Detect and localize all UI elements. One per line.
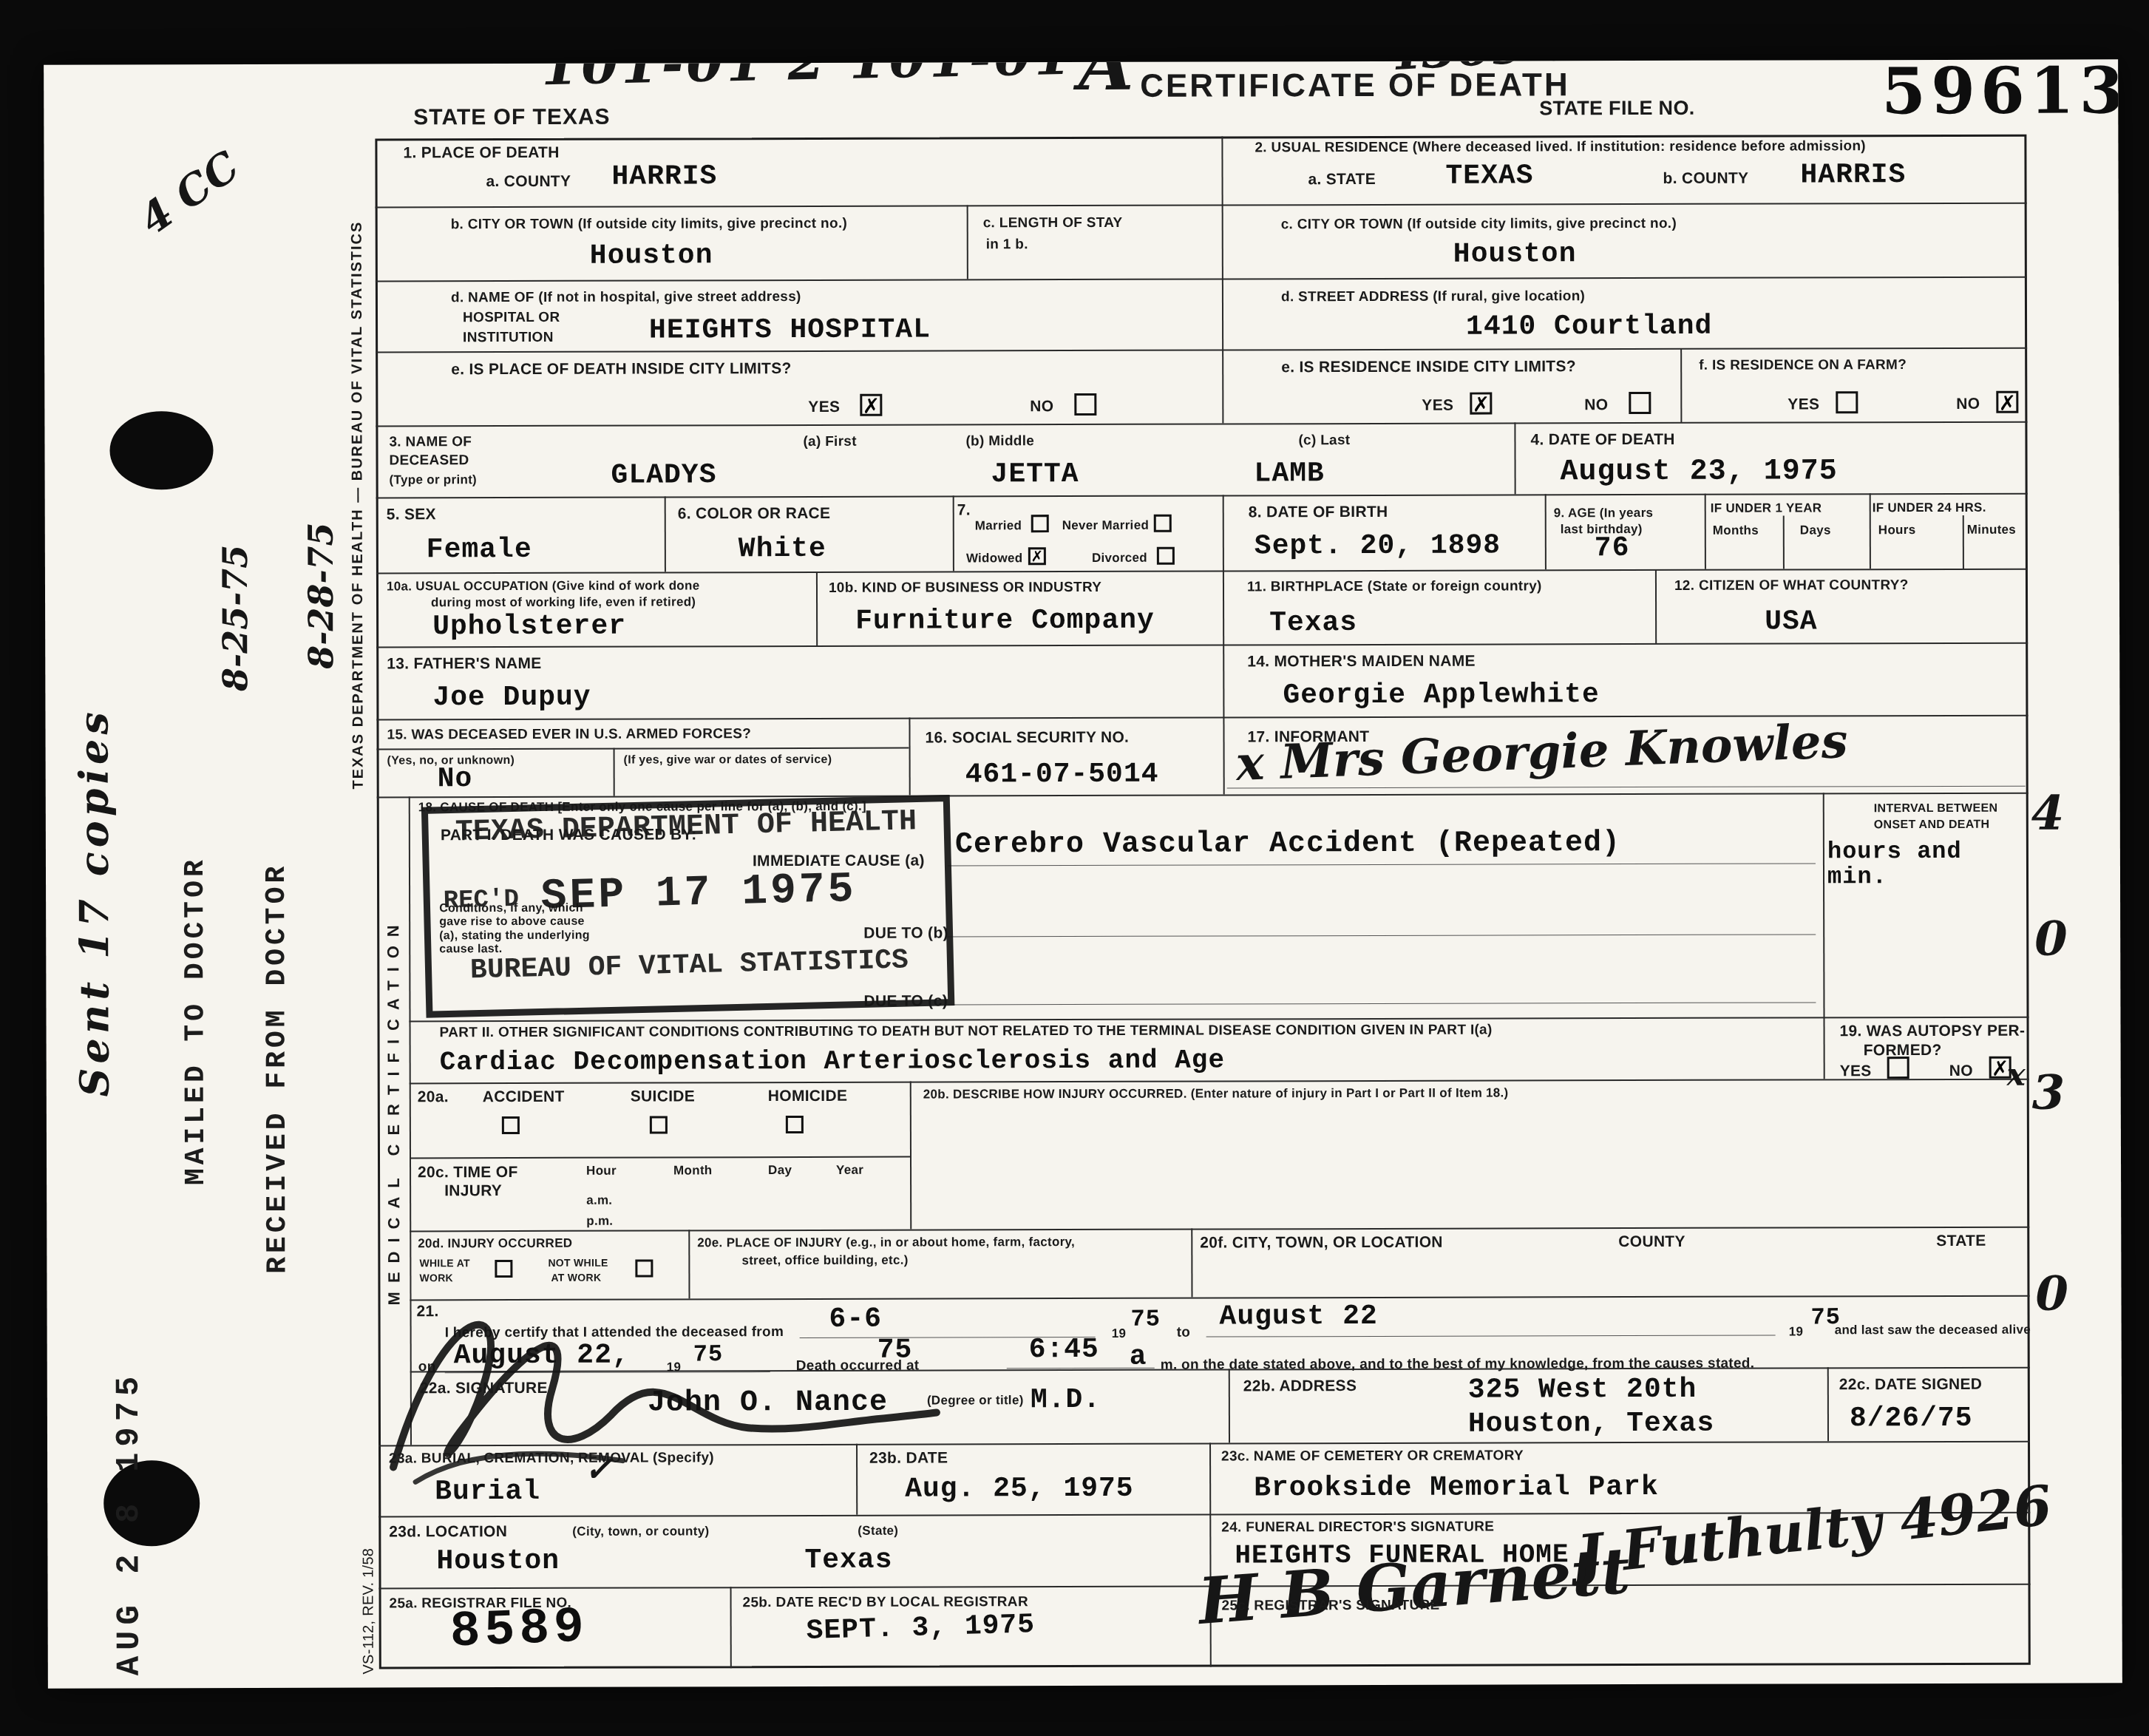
registrar-date-label: 25b. DATE REC'D BY LOCAL REGISTRAR (743, 1594, 1028, 1611)
no-label: NO (1949, 1062, 1973, 1080)
cemetery-value: Brookside Memorial Park (1254, 1473, 1659, 1503)
sex-value: Female (427, 535, 532, 565)
registrar-signature-label: 25c. REGISTRAR'S SIGNATURE (1222, 1598, 1440, 1615)
grid-line (1191, 1229, 1192, 1298)
age-label1: 9. AGE (In years (1554, 506, 1654, 521)
state-file-no-label: STATE FILE NO. (1539, 97, 1694, 121)
residence-city-limits-label: e. IS RESIDENCE INSIDE CITY LIMITS? (1281, 358, 1576, 376)
place-of-injury-label1: 20e. PLACE OF INJURY (e.g., in or about … (697, 1235, 1075, 1250)
registrar-date-value: SEPT. 3, 1975 (806, 1610, 1035, 1647)
year-label: Year (836, 1163, 863, 1178)
hours-label: Hours (1878, 523, 1916, 538)
department-vertical-text: TEXAS DEPARTMENT OF HEALTH — BUREAU OF V… (349, 221, 367, 790)
accident-label: ACCIDENT (483, 1088, 565, 1106)
burial-date-value: Aug. 25, 1975 (905, 1474, 1134, 1505)
injury-state-label: STATE (1936, 1233, 1986, 1250)
length-of-stay-label: c. LENGTH OF STAY (983, 215, 1123, 231)
interval-label1: INTERVAL BETWEEN (1874, 802, 1998, 816)
city-of-death-value: Houston (590, 241, 713, 271)
residence-city-limits-yes-checkbox: ✗ (1470, 393, 1492, 415)
am-label: a.m. (586, 1193, 612, 1208)
color-or-race-label: 6. COLOR OR RACE (678, 505, 831, 523)
fathers-name-label: 13. FATHER'S NAME (387, 655, 541, 674)
grid-line (730, 1587, 732, 1668)
day-label: Day (768, 1163, 792, 1178)
accident-checkbox (502, 1116, 520, 1134)
physician-address-label: 22b. ADDRESS (1243, 1377, 1357, 1396)
yes-label: YES (808, 399, 840, 416)
grid-line (1705, 494, 1706, 569)
stamp-line1: TEXAS DEPARTMENT OF HEALTH (428, 804, 944, 850)
ssn-label: 16. SOCIAL SECURITY NO. (925, 729, 1129, 747)
handwritten-file-number: 4369 40. (1385, 59, 1632, 78)
degree-label: (Degree or title) (927, 1393, 1024, 1408)
injury-20a-label: 20a. (418, 1088, 449, 1106)
armed-forces-sublabel2: (If yes, give war or dates of service) (624, 753, 832, 767)
time-of-injury-label1: 20c. TIME OF (418, 1164, 518, 1181)
grid-line (909, 718, 910, 796)
months-label: Months (1713, 523, 1759, 538)
grid-line (1827, 1367, 1829, 1441)
certify-text2: and last saw the deceased alive (1835, 1323, 2031, 1337)
burial-handwritten-check: ✓ (584, 1452, 613, 1486)
grid-line (1229, 1369, 1230, 1442)
occupation-label2: during most of working life, even if ret… (431, 594, 696, 609)
married-checkbox (1031, 515, 1049, 532)
never-married-label: Never Married (1062, 518, 1149, 533)
divorced-checkbox (1157, 547, 1175, 565)
city-town-county-sublabel: (City, town, or county) (572, 1524, 709, 1539)
pm-label: p.m. (586, 1214, 613, 1229)
citizen-value: USA (1765, 607, 1818, 637)
date-signed-label: 22c. DATE SIGNED (1839, 1376, 1983, 1394)
death-inside-city-limits-label: e. IS PLACE OF DEATH INSIDE CITY LIMITS? (451, 360, 791, 379)
interval-value1: hours and (1827, 839, 1962, 864)
color-or-race-value: White (739, 535, 826, 564)
registrar-file-no-value: 8589 (449, 1599, 589, 1661)
street-address-value: 1410 Courtland (1466, 312, 1712, 342)
last-name-value: LAMB (1255, 459, 1325, 489)
residence-city-limits-no-checkbox (1629, 392, 1651, 414)
physician-name-value: John O. Nance (648, 1388, 888, 1420)
state-of-texas-label: STATE OF TEXAS (413, 105, 610, 131)
county-of-death-label: a. COUNTY (486, 173, 571, 191)
grid-line (953, 495, 954, 571)
residence-city-value: Houston (1453, 240, 1577, 269)
grid-line (614, 748, 615, 796)
hospital-name-label3: INSTITUTION (463, 330, 554, 346)
days-label: Days (1800, 523, 1831, 538)
county-of-death-value: HARRIS (611, 162, 717, 191)
injury-county-label: COUNTY (1618, 1233, 1685, 1251)
grid-line (665, 496, 666, 572)
physician-address-line2: Houston, Texas (1468, 1409, 1714, 1440)
autopsy-label1: 19. WAS AUTOPSY PER- (1840, 1023, 2026, 1041)
never-married-checkbox (1154, 515, 1172, 532)
hospital-name-label: d. NAME OF (If not in hospital, give str… (451, 289, 801, 306)
burial-value: Burial (435, 1477, 540, 1507)
injury-city-label: 20f. CITY, TOWN, OR LOCATION (1200, 1234, 1443, 1252)
grid-line (1783, 516, 1785, 569)
right-margin-digit: 4 (2031, 790, 2065, 838)
autopsy-yes-checkbox (1887, 1057, 1909, 1079)
right-margin-digit: 0 (2035, 1271, 2068, 1318)
fathers-name-value: Joe Dupuy (432, 683, 591, 713)
hospital-name-value: HEIGHTS HOSPITAL (649, 316, 931, 346)
date-signed-value: 8/26/75 (1850, 1404, 1973, 1434)
armed-forces-value: No (438, 764, 473, 794)
occupation-value: Upholsterer (432, 612, 626, 642)
yes-label: YES (1788, 396, 1819, 413)
residence-state-label: a. STATE (1308, 171, 1376, 189)
grid-line (1545, 494, 1547, 569)
hospital-name-label2: HOSPITAL OR (463, 310, 560, 326)
signature-label: 22a. SIGNATURE (420, 1380, 548, 1398)
received-date-handwritten: 8-28-75 (304, 522, 339, 668)
length-of-stay-sublabel: in 1 b. (986, 237, 1028, 253)
place-of-death-title: 1. PLACE OF DEATH (403, 144, 559, 163)
if-under-24-hrs-label: IF UNDER 24 HRS. (1873, 501, 1986, 515)
yes-label: YES (1422, 397, 1453, 415)
residence-city-label: c. CITY OR TOWN (If outside city limits,… (1281, 216, 1677, 233)
aug-28-1975-date-stamp: AUG 2 8 1975 (111, 1370, 149, 1675)
part2-label: PART II. OTHER SIGNIFICANT CONDITIONS CO… (440, 1023, 1493, 1042)
citizen-label: 12. CITIZEN OF WHAT COUNTRY? (1674, 577, 1909, 594)
street-address-label: d. STREET ADDRESS (If rural, give locati… (1281, 288, 1585, 305)
business-value: Furniture Company (855, 606, 1155, 637)
form-number-vertical-text: VS-112, REV. 1/58 (360, 1548, 377, 1675)
received-from-doctor-stamp: RECEIVED FROM DOCTOR (261, 863, 293, 1274)
marital-status-label: 7. (957, 501, 971, 519)
type-or-print-label: (Type or print) (390, 472, 478, 487)
handwritten-tick-mark: A (1079, 59, 1134, 101)
certify-19-label: 19 (1789, 1324, 1804, 1339)
hole-punch-top (109, 411, 213, 489)
attended-to-value: August 22 (1220, 1302, 1378, 1332)
handwritten-margin-note: Sent 17 copies (73, 708, 114, 1096)
date-of-death-label: 4. DATE OF DEATH (1530, 431, 1674, 450)
funeral-director-label: 24. FUNERAL DIRECTOR'S SIGNATURE (1221, 1519, 1494, 1536)
death-city-limits-no-checkbox (1074, 393, 1096, 416)
burial-date-label: 23b. DATE (869, 1449, 948, 1467)
certificate-inner: STATE OF TEXAS 101-01 2 101-01 A CERTIFI… (44, 59, 2122, 1688)
if-under-1-year-label: IF UNDER 1 YEAR (1711, 501, 1822, 515)
certify-year-a: 75 (1131, 1307, 1161, 1332)
suicide-checkbox (650, 1116, 668, 1133)
interval-value2: min. (1827, 864, 1887, 889)
age-value: 76 (1595, 534, 1630, 563)
burial-city-value: Houston (436, 1547, 560, 1576)
describe-injury-label: 20b. DESCRIBE HOW INJURY OCCURRED. (Ente… (923, 1085, 1509, 1102)
yes-label: YES (1840, 1062, 1872, 1080)
birthplace-value: Texas (1269, 608, 1357, 638)
city-of-death-label: b. CITY OR TOWN (If outside city limits,… (451, 216, 847, 233)
death-certificate-scan: { "colors":{"paper":"#f6f4ee","ink":"#16… (0, 0, 2149, 1736)
occupation-label1: 10a. USUAL OCCUPATION (Give kind of work… (387, 578, 700, 594)
middle-name-label: (b) Middle (965, 433, 1034, 450)
bureau-received-stamp: TEXAS DEPARTMENT OF HEALTH REC'D SEP 17 … (421, 795, 955, 1018)
mailed-date-handwritten: 8-25-75 (218, 545, 253, 691)
state-sublabel: (State) (858, 1524, 898, 1539)
death-city-limits-yes-checkbox: ✗ (860, 394, 882, 416)
month-label: Month (673, 1163, 713, 1178)
grid-line (1514, 422, 1515, 494)
ssn-value: 461-07-5014 (965, 760, 1159, 790)
no-label: NO (1956, 396, 1980, 413)
burial-label: 23a. BURIAL, CREMATION, REMOVAL (Specify… (389, 1450, 714, 1467)
homicide-checkbox (786, 1116, 804, 1133)
date-of-death-value: August 23, 1975 (1561, 456, 1838, 488)
residence-farm-label: f. IS RESIDENCE ON A FARM? (1699, 357, 1907, 374)
widowed-label: Widowed (966, 551, 1023, 566)
time-of-death-value: 6:45 (1029, 1335, 1099, 1365)
certificate-number: 59613 (1881, 59, 2122, 129)
grid-line (1655, 569, 1657, 643)
minutes-label: Minutes (1967, 523, 2016, 538)
burial-state-value: Texas (804, 1546, 892, 1576)
injury-occurred-label: 20d. INJURY OCCURRED (418, 1236, 572, 1251)
name-of-deceased-label1: 3. NAME OF (389, 434, 472, 450)
certify-to-label: to (1177, 1325, 1191, 1341)
grid-line (1963, 515, 1964, 569)
right-margin-digit: 3 (2032, 1070, 2065, 1117)
residence-county-label: b. COUNTY (1663, 170, 1749, 188)
degree-value: M.D. (1031, 1386, 1101, 1415)
grid-line (816, 572, 818, 645)
right-margin-digit: 0 (2034, 916, 2068, 963)
married-label: Married (975, 518, 1022, 533)
hour-label: Hour (586, 1164, 617, 1179)
name-of-deceased-label2: DECEASED (390, 452, 469, 469)
middle-name-value: JETTA (991, 460, 1079, 489)
business-label: 10b. KIND OF BUSINESS OR INDUSTRY (829, 580, 1101, 597)
last-name-label: (c) Last (1298, 433, 1350, 449)
certificate-sheet: STATE OF TEXAS 101-01 2 101-01 A CERTIFI… (44, 59, 2122, 1688)
certify-19-label: 19 (1112, 1326, 1127, 1341)
interval-label2: ONSET AND DEATH (1874, 818, 1990, 833)
birthplace-label: 11. BIRTHPLACE (State or foreign country… (1247, 578, 1542, 595)
stamp-line2: BUREAU OF VITAL STATISTICS (432, 943, 948, 987)
immediate-cause-value: Cerebro Vascular Accident (Repeated) (955, 828, 1620, 861)
mailed-to-doctor-stamp: MAILED TO DOCTOR (180, 856, 212, 1185)
certify-text4: m. on the date stated above, and to the … (1161, 1356, 1755, 1374)
handwritten-margin-code: 4 CC (133, 145, 246, 242)
mothers-maiden-name-label: 14. MOTHER'S MAIDEN NAME (1247, 653, 1476, 671)
residence-county-value: HARRIS (1800, 160, 1906, 190)
date-of-birth-label: 8. DATE OF BIRTH (1249, 503, 1388, 522)
burial-location-label: 23d. LOCATION (389, 1523, 507, 1542)
handwritten-district-codes: 101-01 2 101-01 (540, 59, 1074, 92)
usual-residence-title: 2. USUAL RESIDENCE (Where deceased lived… (1255, 138, 1866, 156)
grid-line (967, 205, 968, 279)
residence-state-value: TEXAS (1445, 161, 1533, 191)
autopsy-handwritten-x: x (2007, 1059, 2026, 1091)
no-label: NO (1030, 398, 1053, 416)
physician-address-line1: 325 West 20th (1468, 1375, 1697, 1406)
residence-farm-no-checkbox: ✗ (1996, 391, 2018, 413)
part2-value: Cardiac Decompensation Arteriosclerosis … (440, 1046, 1225, 1076)
stamp-recd: REC'D (443, 886, 519, 915)
cemetery-label: 23c. NAME OF CEMETERY OR CREMATORY (1221, 1448, 1524, 1465)
first-name-value: GLADYS (611, 461, 717, 490)
sex-label: 5. SEX (387, 506, 436, 523)
widowed-checkbox: ✗ (1028, 547, 1046, 565)
divorced-label: Divorced (1092, 551, 1147, 566)
grid-line (1680, 348, 1682, 422)
grid-line (1870, 493, 1871, 569)
suicide-label: SUICIDE (631, 1088, 695, 1105)
armed-forces-label: 15. WAS DECEASED EVER IN U.S. ARMED FORC… (387, 726, 751, 743)
date-of-birth-value: Sept. 20, 1898 (1255, 532, 1501, 562)
stamp-date: SEP 17 1975 (540, 866, 857, 921)
residence-farm-yes-checkbox (1836, 391, 1858, 413)
no-label: NO (1584, 396, 1608, 414)
homicide-label: HOMICIDE (768, 1088, 847, 1105)
time-of-injury-label2: INJURY (444, 1182, 502, 1200)
first-name-label: (a) First (803, 434, 856, 450)
mothers-maiden-name-value: Georgie Applewhite (1283, 680, 1600, 711)
